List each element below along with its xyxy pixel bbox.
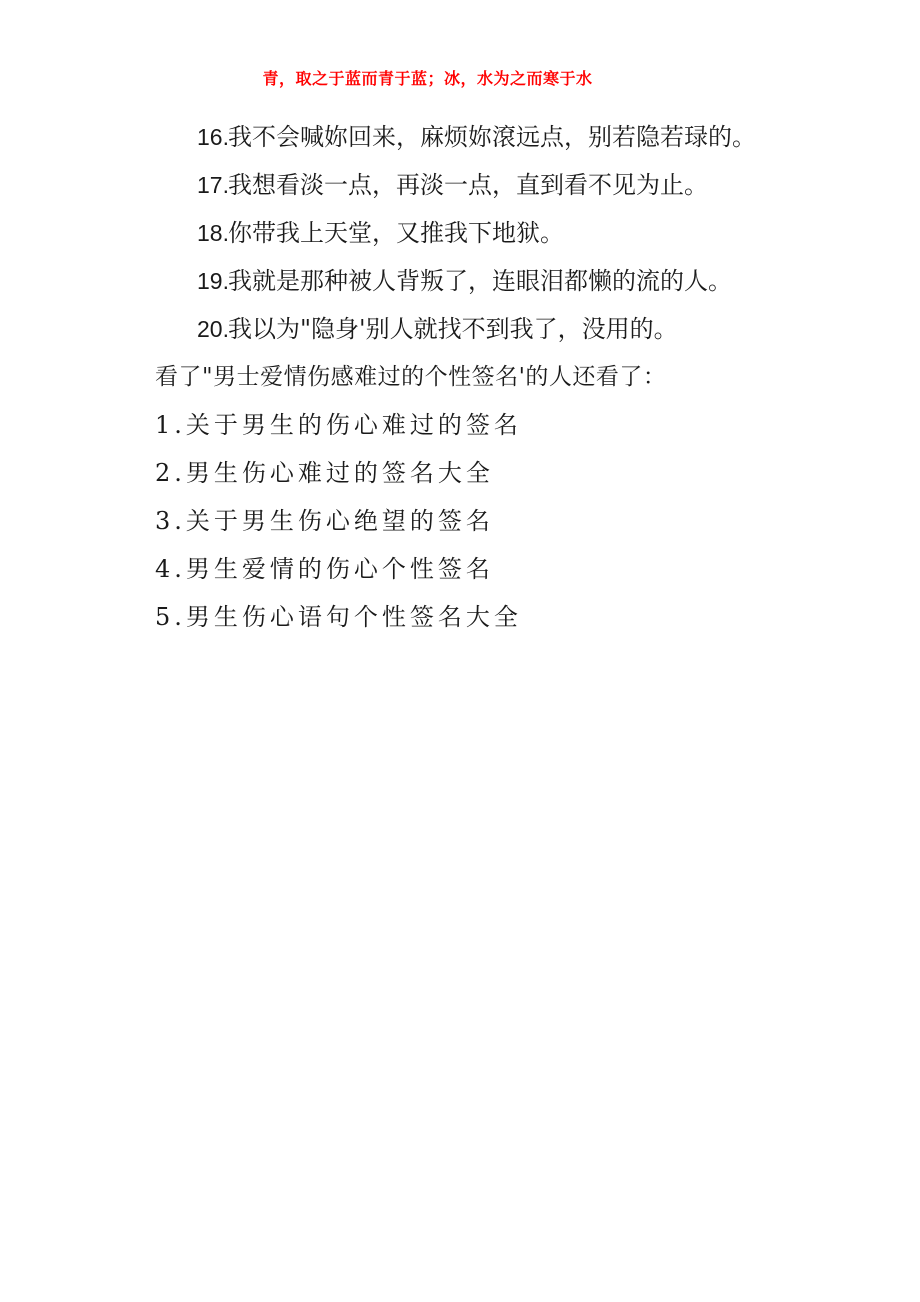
related-item-4: 4.男生爱情的伤心个性签名 xyxy=(155,555,780,603)
signature-item-20: 20. 我以为"隐身'别人就找不到我了，没用的。 xyxy=(155,315,780,363)
document-body: 16. 我不会喊妳回来，麻烦妳滾远点，别若隐若琭的。 17. 我想看淡一点，再淡… xyxy=(155,123,780,651)
signature-item-number: 16. xyxy=(197,123,228,151)
related-item-1: 1.关于男生的伤心难过的签名 xyxy=(155,411,780,459)
signature-item-16: 16. 我不会喊妳回来，麻烦妳滾远点，别若隐若琭的。 xyxy=(155,123,780,171)
document-page: 青，取之于蓝而青于蓝；冰，水为之而寒于水 16. 我不会喊妳回来，麻烦妳滾远点，… xyxy=(0,0,920,1302)
signature-item-text: 我以为"隐身'别人就找不到我了，没用的。 xyxy=(228,315,678,343)
signature-item-18: 18. 你带我上天堂，又推我下地狱。 xyxy=(155,219,780,267)
signature-item-text: 我不会喊妳回来，麻烦妳滾远点，别若隐若琭的。 xyxy=(228,123,756,151)
related-item-5: 5.男生伤心语句个性签名大全 xyxy=(155,603,780,651)
signature-item-19: 19. 我就是那种被人背叛了，连眼泪都懒的流的人。 xyxy=(155,267,780,315)
signature-item-number: 18. xyxy=(197,219,228,247)
signature-item-number: 20. xyxy=(197,315,228,343)
signature-item-text: 你带我上天堂，又推我下地狱。 xyxy=(228,219,564,247)
signature-item-number: 17. xyxy=(197,171,228,199)
signature-item-text: 我想看淡一点，再淡一点，直到看不见为止。 xyxy=(228,171,708,199)
related-item-2: 2.男生伤心难过的签名大全 xyxy=(155,459,780,507)
signature-item-text: 我就是那种被人背叛了，连眼泪都懒的流的人。 xyxy=(228,267,732,295)
document-header-quote: 青，取之于蓝而青于蓝；冰，水为之而寒于水 xyxy=(155,66,770,92)
related-item-3: 3.关于男生伤心绝望的签名 xyxy=(155,507,780,555)
signature-item-17: 17. 我想看淡一点，再淡一点，直到看不见为止。 xyxy=(155,171,780,219)
related-section-intro: 看了"男士爱情伤感难过的个性签名'的人还看了： xyxy=(155,363,780,411)
signature-item-number: 19. xyxy=(197,267,228,295)
